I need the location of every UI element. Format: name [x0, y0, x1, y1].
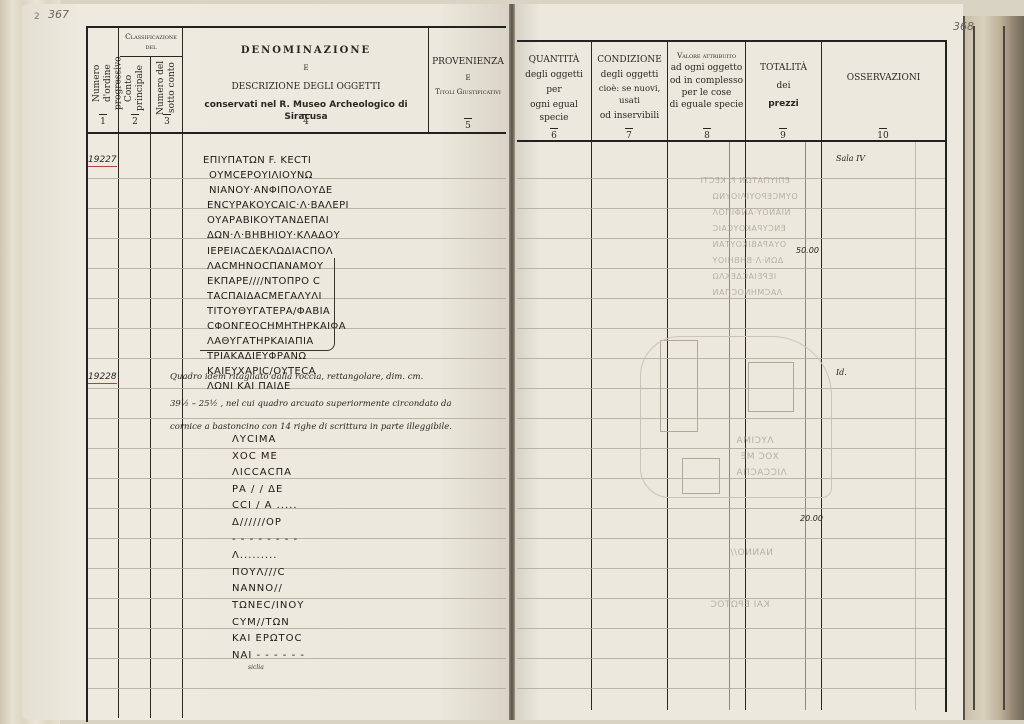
inscription-line: ΝΑΙ - - - - - - [232, 648, 305, 665]
bleed-through-text: ΝΑΝΝΟ// [730, 548, 773, 558]
row-rule [517, 268, 945, 269]
header-total: TOTALITÀ dei prezzi [746, 62, 821, 110]
inscription-line: ΤΡΙΑΚΑΔΙΕΥΦΡΑΝΩ [203, 349, 349, 364]
entry-value-19228: 20.00 [800, 514, 823, 523]
row-rule [517, 688, 945, 689]
inscription-line: ΚΑΙ ΕΡΩΤΟC [232, 631, 305, 648]
inscription-19228: ΛΥCΙΜΑ ΧΟC ΜΕ ΛΙCCΑCΠΑ ΡΑ / / ΔΕ CCΙ / Α… [232, 432, 305, 664]
bleed-through-text: ΙΕΡΕΙΑCΔΕΚΛΩ [712, 272, 776, 281]
description-line: cornice a bastoncino con 14 righe di scr… [170, 422, 452, 432]
column-rule [150, 56, 151, 718]
header-order-number: Numero d'ordine progressivo [92, 48, 114, 118]
condition-title: CONDIZIONE [592, 54, 667, 66]
inscription-line: ΔΩΝ·Λ·ΒΗΒΗΙΟΥ·ΚΛΑΔΟΥ [203, 228, 349, 243]
provenance-title: PROVENIENZA [430, 56, 506, 68]
inscription-line: ΕΝCΥΡΑΚΟΥCΑΙC·Λ·ΒΑΛΕΡΙ [203, 198, 349, 213]
footnote: siclia [248, 664, 264, 671]
entry-number: 19227 [88, 155, 117, 167]
inscription-line: ΙΕΡΕΙΑCΔΕΚΛΩΔΙΑCΠΟΛ [203, 244, 349, 259]
provenance-line2: Titoli Giustificativi [430, 88, 506, 97]
inscription-line: Λ......... [232, 548, 305, 565]
row-rule [517, 508, 945, 509]
entry-value-19227: 50.00 [796, 246, 819, 255]
total-title: TOTALITÀ [746, 62, 821, 74]
inscription-line: ΠΟΥΛ///C [232, 565, 305, 582]
column-number-2: 2 [126, 114, 144, 127]
header-classification-label: Classificazione del [120, 32, 182, 52]
inscription-line: ΟΥΜCΕΡΟΥΙΛΙΟΥΝΩ [203, 168, 349, 183]
inscription-line: ΕΠΙΥΠΑΤΩΝ F. ΚΕCΤΙ [203, 153, 349, 168]
quantity-line: ogni egual specie [517, 99, 591, 123]
row-rule [517, 328, 945, 329]
entry-number: 19228 [88, 372, 117, 384]
pencil-sketch-outline [640, 336, 832, 498]
header-value: Valore attribuito ad ogni oggetto od in … [668, 52, 745, 111]
inscription-line: ΝΙΑΝΟΥ·ΑΝΦΙΠΟΛΟΥΔΕ [203, 183, 349, 198]
inscription-line: CCΙ / Α ..... [232, 498, 305, 515]
row-rule [517, 628, 945, 629]
value-line: di eguale specie [668, 99, 745, 111]
row-rule [88, 418, 506, 419]
row-rule [517, 598, 945, 599]
notes-title: OSSERVAZIONI [822, 72, 945, 84]
inscription-line: ΝΑΝΝΟ// [232, 581, 305, 598]
value-title: Valore attribuito [668, 52, 745, 61]
bleed-through-text: ΛΑCΜΗΝΟCΠΑΝ [712, 288, 782, 297]
book-gutter [509, 4, 515, 720]
bleed-through-text: ΔΩΝ·Λ·ΒΗΒΗΙΟΥ [712, 256, 783, 265]
header-bottom-rule [88, 132, 506, 134]
book-edge-right [963, 16, 1024, 720]
inscription-line: CΥΜ//ΤΩΝ [232, 615, 305, 632]
inscription-line: ΡΑ / / ΔΕ [232, 482, 305, 499]
condition-line: degli oggetti [592, 69, 667, 81]
description-line: 39½ – 25½ , nel cui quadro arcuato super… [170, 399, 452, 409]
column-number-3: 3 [158, 114, 176, 127]
bleed-through-text: ΕΠΙΥΠΑΤΩΝ F. ΚΕCΤΙ [700, 176, 790, 185]
right-page-number: 368 [953, 20, 974, 33]
inscription-line: ΧΟC ΜΕ [232, 449, 305, 466]
header-sub-account: Numero del sotto conto [156, 60, 178, 116]
column-number-1: 1 [94, 114, 112, 127]
total-line: dei [746, 80, 821, 92]
condition-line: cioè: se nuovi, usati [592, 84, 667, 107]
entry-notes-19227: Sala IV [836, 154, 865, 163]
value-line: ad ogni oggetto [668, 62, 745, 74]
fragment-outline [200, 258, 335, 351]
bleed-through-text: ΝΙΑΝΟΥ·ΑΝΦΙΠΟΛ [712, 208, 790, 217]
description-line: Quadro idem ritagliato dalla roccia, ret… [170, 372, 423, 382]
denomination-conj: E [184, 64, 428, 73]
column-number-5: 5 [458, 118, 478, 131]
page-marker: 2 [34, 12, 40, 22]
header-main-account: Conto principale [124, 60, 146, 116]
total-line: prezzi [746, 98, 821, 110]
left-page-number: 367 [48, 8, 69, 21]
row-rule [517, 568, 945, 569]
quantity-line: degli oggetti [517, 69, 591, 81]
inscription-line: ΟΥΑΡΑΒΙΚΟΥΤΑΝΔΕΠΑΙ [203, 213, 349, 228]
row-rule [517, 238, 945, 239]
edge-rule [1003, 26, 1005, 710]
row-rule [88, 688, 506, 689]
value-line: od in complesso [668, 75, 745, 87]
bleed-through-text: ΟΥΜCΕΡΟΥΙΛΙΟΥΝΩ [712, 192, 798, 201]
header-condition: CONDIZIONE degli oggetti cioè: se nuovi,… [592, 54, 667, 122]
quantity-title: QUANTITÀ [517, 54, 591, 66]
inscription-line: Δ//////ΟΡ [232, 515, 305, 532]
bleed-through-text: ΕΝCΥΡΑΚΟΥCΑΙC [712, 224, 786, 233]
header-bottom-rule [517, 140, 945, 142]
header-denomination: DENOMINAZIONE E DESCRIZIONE DEGLI OGGETT… [184, 44, 428, 123]
provenance-conj: E [430, 74, 506, 83]
header-notes: OSSERVAZIONI [822, 72, 945, 84]
quantity-line: per [517, 84, 591, 96]
condition-line: od inservibili [592, 110, 667, 122]
denomination-line2: DESCRIZIONE DEGLI OGGETTI [184, 81, 428, 93]
edge-rule [973, 26, 975, 710]
bleed-through-text: ΚΑΙ ΕΡΩΤΟC [710, 600, 769, 610]
row-rule [517, 658, 945, 659]
inscription-line: - - - - - - - - [232, 532, 305, 549]
header-quantity: QUANTITÀ degli oggetti per ogni egual sp… [517, 54, 591, 124]
column-rule [591, 42, 592, 710]
denomination-title: DENOMINAZIONE [184, 44, 428, 58]
notes-subrule [915, 142, 916, 710]
row-rule [517, 538, 945, 539]
column-number-4: 4 [296, 114, 316, 127]
header-classification: Classificazione del [120, 32, 182, 52]
entry-notes-19228: Id. [836, 368, 847, 377]
classification-divider [120, 56, 182, 57]
inscription-line: ΤΩΝΕC/ΙΝΟΥ [232, 598, 305, 615]
bleed-through-text: ΟΥΑΡΑΒΙΚΟΥΤΑΝ [712, 240, 786, 249]
row-rule [517, 298, 945, 299]
value-line: per le cose [668, 87, 745, 99]
header-provenance: PROVENIENZA E Titoli Giustificativi [430, 56, 506, 97]
inscription-line: ΛΥCΙΜΑ [232, 432, 305, 449]
inscription-line: ΛΙCCΑCΠΑ [232, 465, 305, 482]
